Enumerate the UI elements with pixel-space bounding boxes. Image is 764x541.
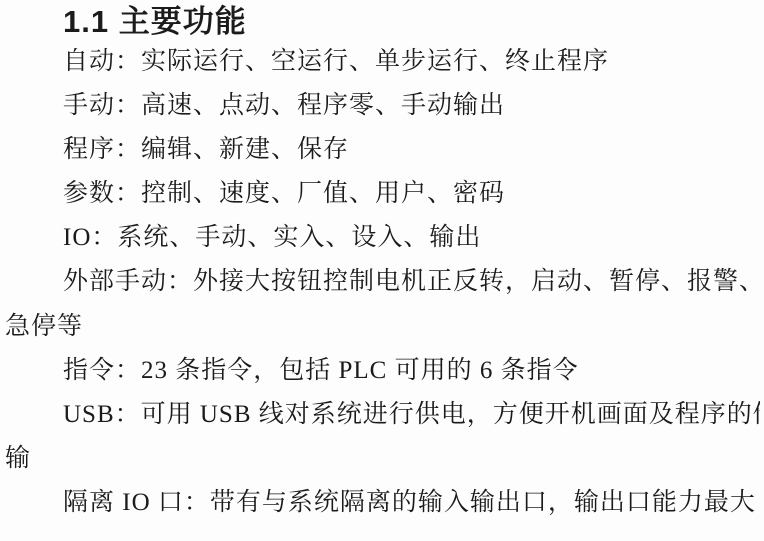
paragraph-line-io: IO：系统、手动、实入、设入、输出 xyxy=(5,216,760,260)
paragraph-line-manual: 手动：高速、点动、程序零、手动输出 xyxy=(5,84,760,128)
paragraph-line-parameters: 参数：控制、速度、厂值、用户、密码 xyxy=(5,172,760,216)
paragraph-line-program: 程序：编辑、新建、保存 xyxy=(5,128,760,172)
paragraph-line-external-manual-wrap: 急停等 xyxy=(5,305,760,349)
paragraph-line-auto: 自动：实际运行、空运行、单步运行、终止程序 xyxy=(5,40,760,84)
paragraph-line-usb-wrap: 输 xyxy=(5,437,760,481)
paragraph-line-instructions: 指令：23 条指令，包括 PLC 可用的 6 条指令 xyxy=(5,349,760,393)
paragraph-line-isolated-io: 隔离 IO 口：带有与系统隔离的输入输出口，输出口能力最大 xyxy=(5,481,760,525)
document-page: 1.1 主要功能 自动：实际运行、空运行、单步运行、终止程序 手动：高速、点动、… xyxy=(0,0,764,541)
paragraph-line-external-manual: 外部手动：外接大按钮控制电机正反转，启动、暂停、报警、 xyxy=(5,260,760,304)
section-heading: 1.1 主要功能 xyxy=(5,0,760,40)
paragraph-line-usb: USB：可用 USB 线对系统进行供电，方便开机画面及程序的传 xyxy=(5,393,760,437)
